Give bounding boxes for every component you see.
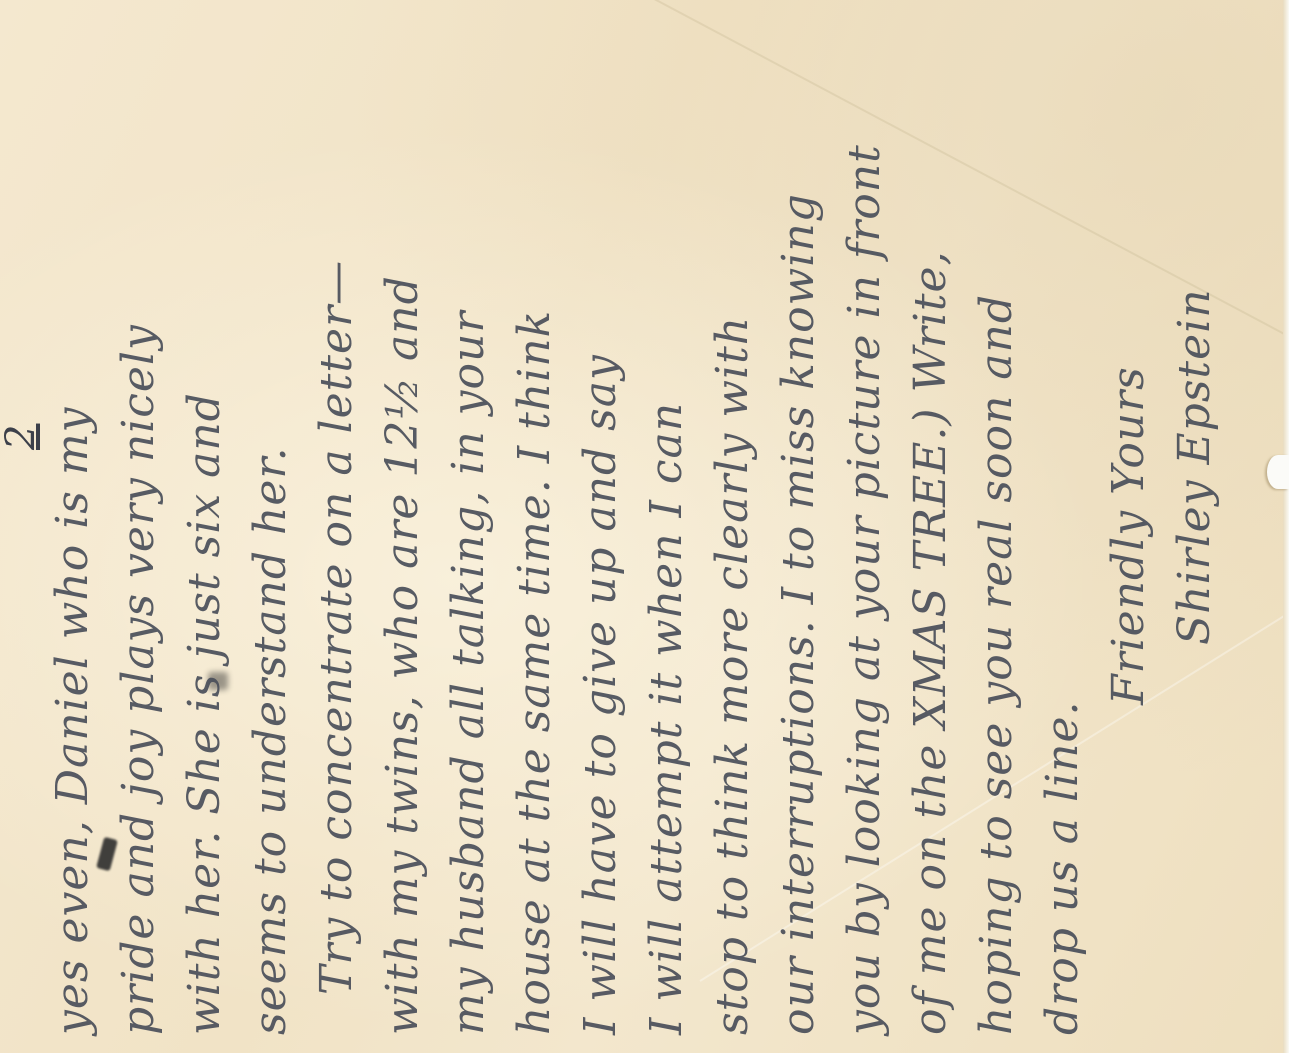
letter-line: I will attempt it when I can — [634, 25, 700, 1035]
letter-line: our interruptions. I to miss knowing — [766, 25, 832, 1035]
letter-line: pride and joy plays very nicely — [106, 25, 172, 1035]
letter-line: you by looking at your picture in front — [832, 25, 898, 1035]
letter-body: 2 yes even, Daniel who is my pride and j… — [40, 25, 1228, 1035]
letter-line: seems to understand her. — [238, 25, 304, 1035]
letter-line: Try to concentrate on a letter— — [304, 25, 370, 1035]
letter-line: stop to think more clearly with — [700, 25, 766, 1035]
letter-line: yes even, Daniel who is my — [40, 25, 106, 1035]
letter-line: with her. She is just six and — [172, 25, 238, 1035]
letter-line: house at the same time. I think — [502, 25, 568, 1035]
letter-paper: 2 yes even, Daniel who is my pride and j… — [0, 0, 1289, 1053]
letter-closing: Friendly Yours — [1096, 25, 1162, 1035]
letter-line: of me on the XMAS TREE.) Write, — [898, 25, 964, 1035]
letter-line: drop us a line. — [1030, 25, 1096, 1035]
letter-line: with my twins, who are 12½ and — [370, 25, 436, 1035]
paper-right-edge — [1283, 0, 1289, 1053]
letter-signature: Shirley Epstein — [1162, 25, 1228, 1035]
letter-line: my husband all talking, in your — [436, 25, 502, 1035]
paper-tear-mark — [1267, 455, 1289, 489]
letter-line: hoping to see you real soon and — [964, 25, 1030, 1035]
letter-line: I will have to give up and say — [568, 25, 634, 1035]
